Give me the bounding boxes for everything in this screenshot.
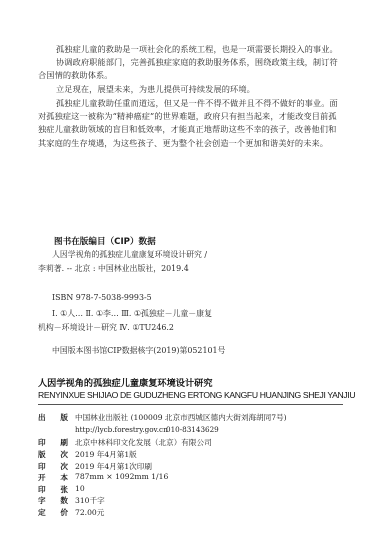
row-label: 字数	[38, 495, 68, 506]
cip-record-number: 中国版本图书馆CIP数据核字(2019)第052101号	[52, 345, 225, 356]
row-label: 开本	[38, 472, 68, 483]
preface-paragraph-3: 立足现在，展望未来，为患儿提供可持续发展的环境。	[38, 83, 343, 96]
publisher-phone: 010-83143629	[166, 425, 219, 434]
row-value: 中国林业出版社 (100009 北京市西城区德内大街刘海胡同7号)	[75, 412, 287, 423]
cip-classification: Ⅰ. ①人… Ⅱ. ①李… Ⅲ. ①孤独症－儿童－康复机构－环境设计－研究 Ⅳ.…	[38, 307, 216, 336]
copyright-page: 孤独症儿童的救助是一项社会化的系统工程，也是一项需要长期投入的事业。 协调政府职…	[0, 0, 375, 554]
row-label: 印次	[38, 461, 68, 472]
row-label: 印刷	[38, 437, 68, 448]
cip-isbn: ISBN 978-7-5038-9993-5	[52, 293, 152, 302]
preface-paragraph-1: 孤独症儿童的救助是一项社会化的系统工程，也是一项需要长期投入的事业。	[38, 43, 343, 56]
cip-entry: 人因学视角的孤独症儿童康复环境设计研究 / 李莉著. -- 北京 : 中国林业出…	[38, 248, 216, 277]
book-title-pinyin: RENYINXUE SHIJIAO DE GUDUZHENG ERTONG KA…	[38, 390, 355, 400]
row-value: 10	[75, 484, 85, 493]
row-value: 72.00元	[75, 507, 104, 518]
book-title: 人因学视角的孤独症儿童康复环境设计研究	[38, 375, 213, 389]
cip-heading: 图书在版编目（CIP）数据	[54, 235, 156, 247]
row-value: 2019 年4月第1次印刷	[75, 461, 152, 472]
publisher-website: http://lycb.forestry.gov.cn	[75, 425, 168, 434]
row-label: 出版	[38, 412, 68, 423]
row-label: 定价	[38, 507, 68, 518]
preface-paragraph-2: 协调政府职能部门，完善孤独症家庭的救助服务体系，围绕政策主线，制订符合国情的救助…	[38, 56, 343, 82]
row-value: 787mm × 1092mm 1/16	[75, 472, 168, 481]
row-label: 版次	[38, 449, 68, 460]
row-label: 印张	[38, 484, 68, 495]
row-value: 310千字	[75, 495, 105, 506]
row-value: 2019 年4月第1版	[75, 449, 137, 460]
row-value: 北京中林科印文化发展（北京）有限公司	[75, 437, 212, 448]
publisher-contact: http://lycb.forestry.gov.cn 010-83143629	[75, 425, 168, 434]
divider-rule	[38, 404, 343, 405]
preface-paragraph-4: 孤独症儿童救助任重而道远，但又是一件不得不做并且不得不做好的事业。面对孤独症这一…	[38, 97, 343, 150]
